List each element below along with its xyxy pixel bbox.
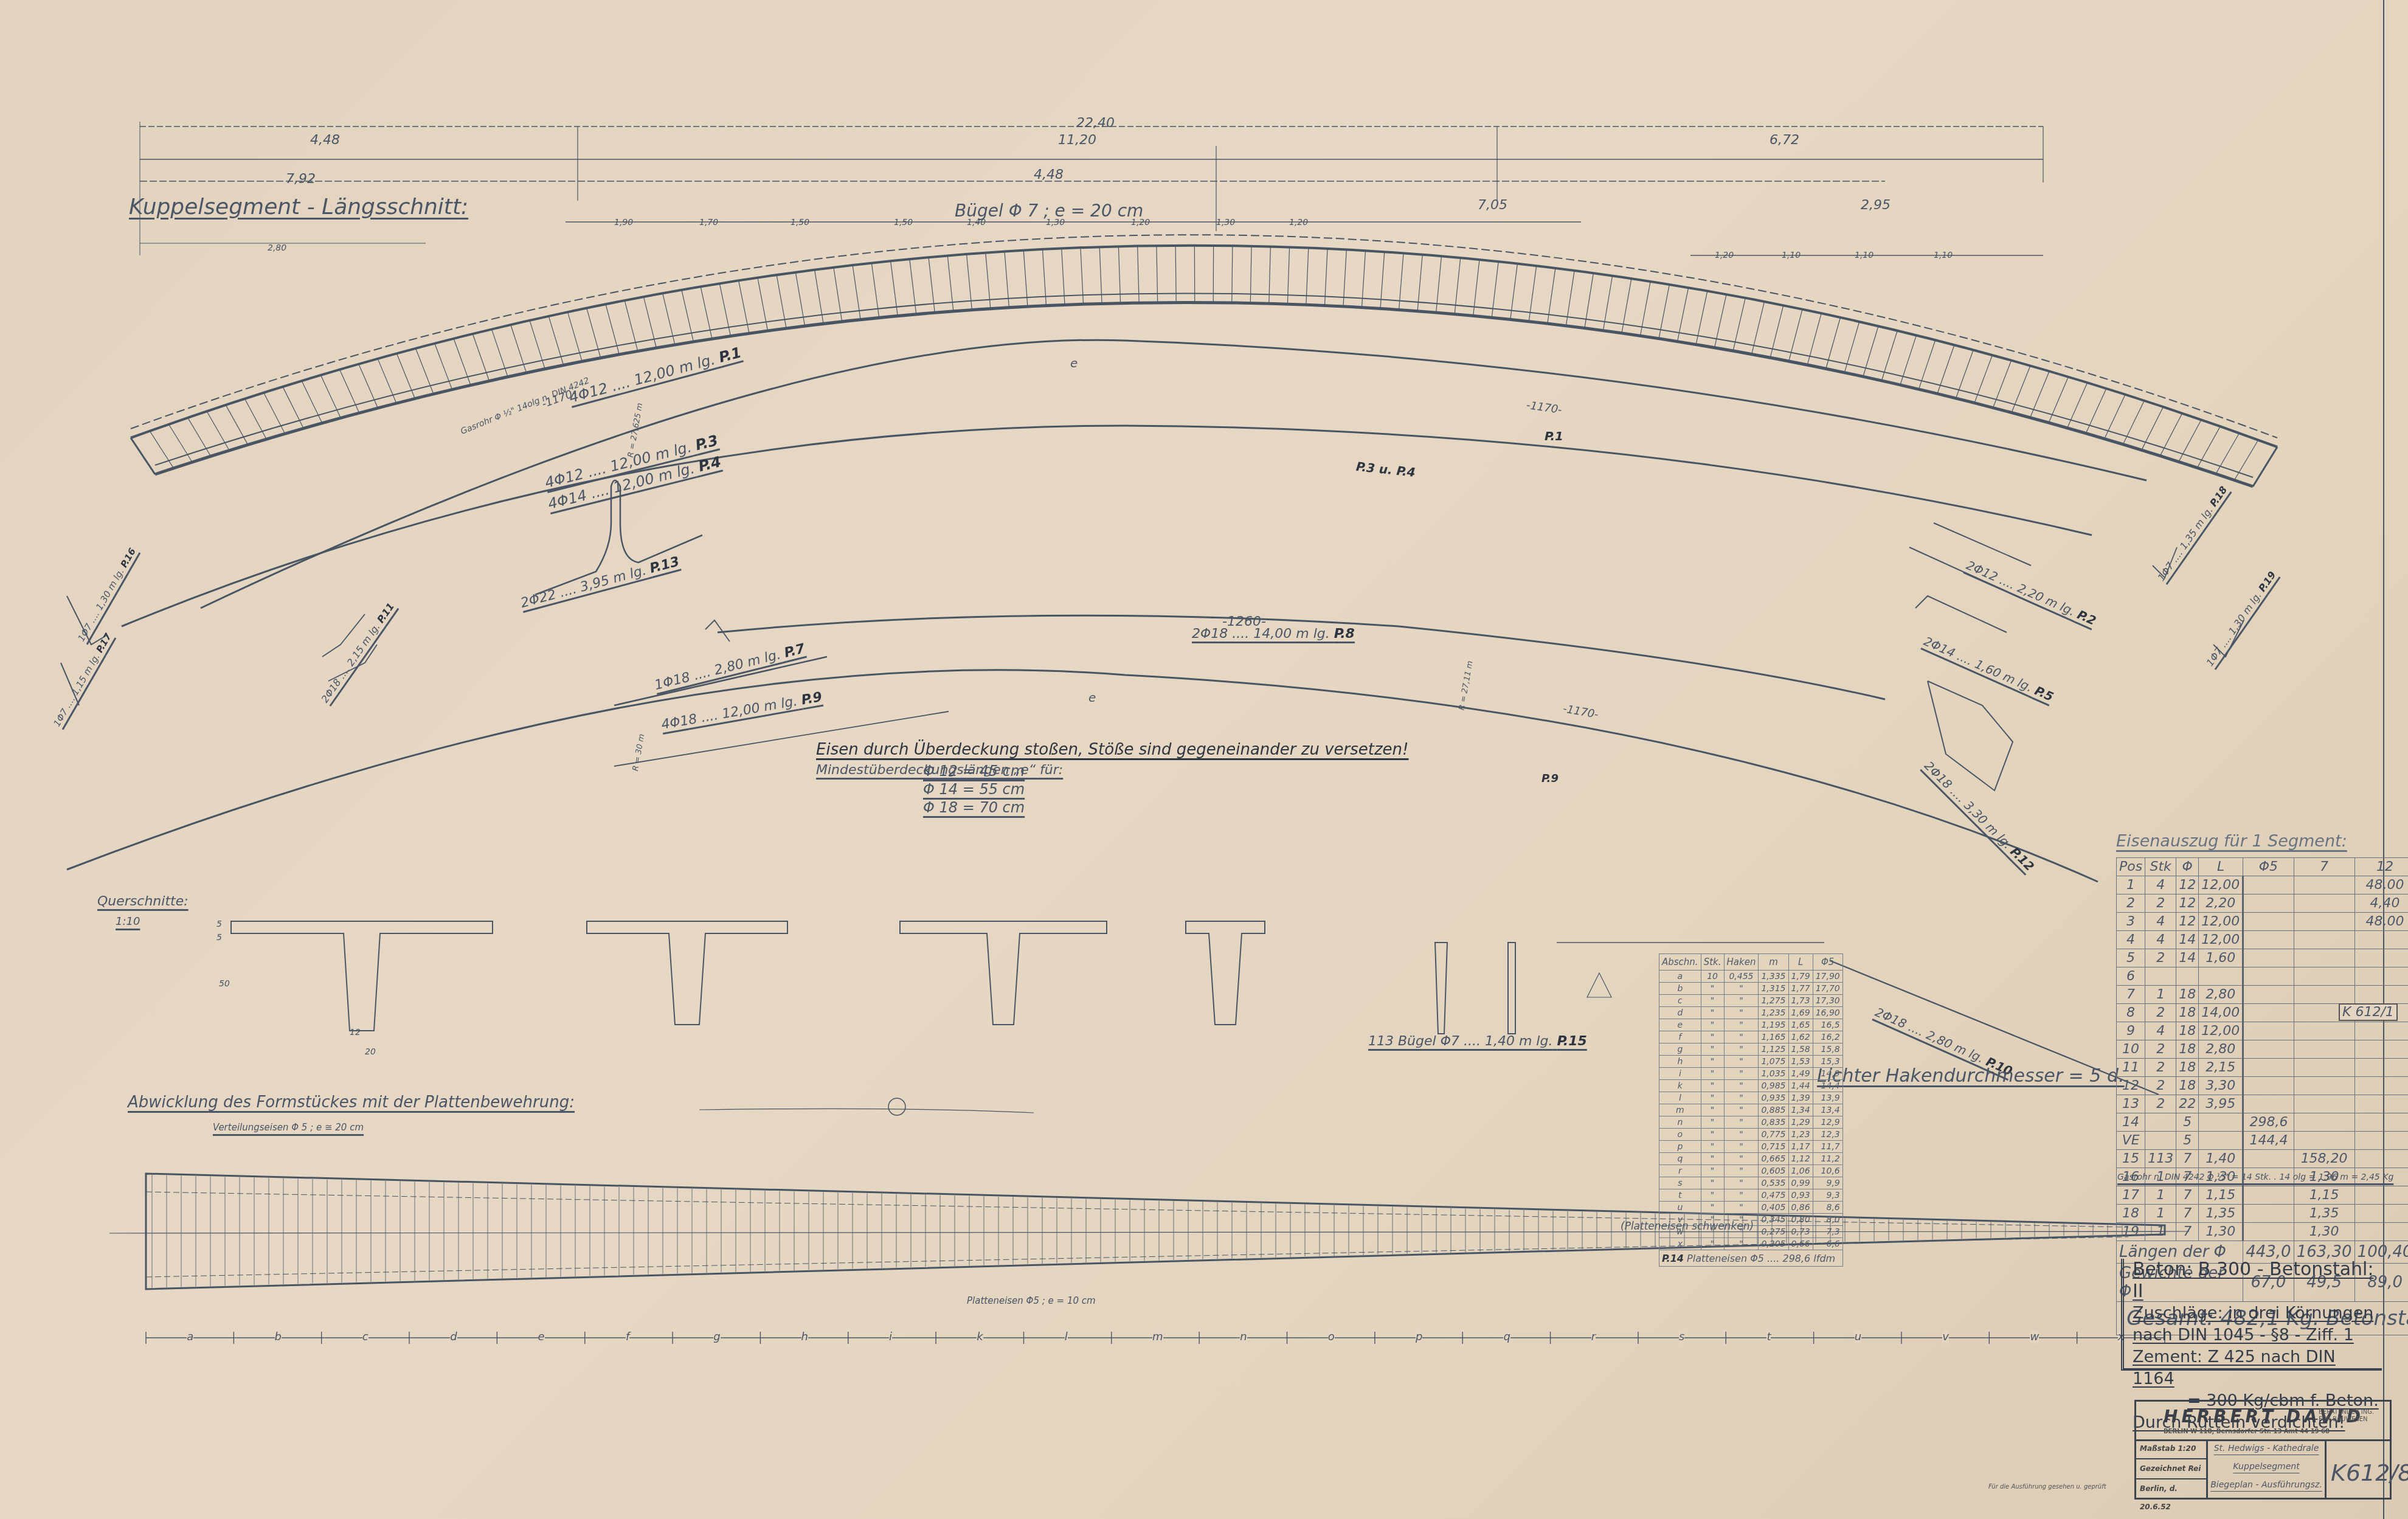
section-table-cell: 1,29: [1788, 1116, 1813, 1129]
section-table-row: x""0,2050,666,6: [1659, 1238, 1843, 1250]
rebar-schedule-cell: [2354, 1059, 2408, 1077]
crosssection-dim: 50: [219, 979, 230, 989]
development-section-letter: s: [1679, 1330, 1684, 1343]
splice-len-14: Φ 14 = 55 cm: [923, 781, 1025, 798]
date-field: Berlin, d. 20.6.52: [2136, 1479, 2206, 1498]
section-table-cell: 1,69: [1788, 1007, 1813, 1019]
rebar-schedule-cell: 2,80: [2199, 1040, 2243, 1059]
dim-top-3: 6,72: [1770, 133, 1799, 148]
pos-p1: P.1: [1545, 429, 1563, 443]
pos-p9: P.9: [1541, 772, 1559, 785]
rebar-schedule-cell: [2354, 986, 2408, 1004]
section-table-row: e""1,1951,6516,5: [1659, 1019, 1843, 1031]
rebar-schedule-cell: [2199, 1113, 2243, 1132]
section-table-cell: 10,6: [1813, 1165, 1842, 1177]
stirrup-spacing-dim: 1,10: [1855, 251, 1873, 260]
dim-second-3: 7,05: [1478, 198, 1507, 213]
crosssection-title: Querschnitte:: [97, 894, 189, 909]
section-table-row: h""1,0751,5315,3: [1659, 1056, 1843, 1068]
rebar-schedule-cell: [2294, 1113, 2354, 1132]
section-table-row: o""0,7751,2312,3: [1659, 1129, 1843, 1141]
section-table-cell: 1,035: [1759, 1068, 1788, 1080]
section-table-cell: 1,77: [1788, 983, 1813, 995]
dim-top-2: 11,20: [1058, 133, 1096, 148]
dim-top-1: 4,48: [310, 133, 340, 148]
rebar-schedule-cell: 18: [2176, 1022, 2199, 1040]
development-title: Abwicklung des Formstückes mit der Platt…: [128, 1093, 575, 1112]
crosssection-dim: 20: [365, 1047, 376, 1057]
rebar-schedule-row: 18171,351,35: [2117, 1205, 2408, 1223]
rebar-schedule-cell: 14,00: [2199, 1004, 2243, 1022]
drawing-linework: [0, 0, 2408, 1519]
section-table-cell: a: [1659, 971, 1701, 983]
plate-rebar-label: Platteneisen Φ5 ; e = 10 cm: [967, 1295, 1096, 1306]
section-table-cell: ": [1701, 1165, 1724, 1177]
rebar-schedule-cell: 2: [2145, 1059, 2176, 1077]
rebar-schedule-cell: 48,00: [2354, 913, 2408, 931]
section-table-cell: ": [1724, 1153, 1759, 1165]
development-section-letter: a: [187, 1330, 193, 1343]
title-block-meta: Maßstab 1:20 Gezeichnet Rei Berlin, d. 2…: [2136, 1439, 2208, 1498]
rebar-schedule-row: 122183,306,60: [2117, 1077, 2408, 1095]
rebar-schedule-cell: 5: [2117, 949, 2145, 967]
rebar-schedule-cell: 113: [2145, 1150, 2176, 1168]
section-table-cell: ": [1724, 1177, 1759, 1189]
section-table-cell: 1,17: [1788, 1141, 1813, 1153]
section-table-cell: 1,65: [1788, 1019, 1813, 1031]
section-table-cell: ": [1724, 1202, 1759, 1214]
section-table-cell: 9,3: [1813, 1189, 1842, 1202]
development-section-letter: m: [1152, 1330, 1163, 1343]
section-table-cell: ": [1724, 1165, 1759, 1177]
section-table-cell: ": [1724, 1116, 1759, 1129]
stirrup-spacing-dim: 1,30: [1046, 218, 1065, 227]
section-table-row: q""0,6651,1211,2: [1659, 1153, 1843, 1165]
section-title: Kuppelsegment - Längsschnitt:: [129, 195, 468, 220]
section-table-cell: 0,605: [1759, 1165, 1788, 1177]
section-table-cell: ": [1724, 1129, 1759, 1141]
rebar-schedule-cell: [2354, 1186, 2408, 1205]
section-table-cell: s: [1659, 1177, 1701, 1189]
section-table-cell: 12,3: [1813, 1129, 1842, 1141]
rebar-schedule-cell: 14: [2176, 949, 2199, 967]
section-table-row: s""0,5350,999,9: [1659, 1177, 1843, 1189]
section-table-cell: 1,53: [1788, 1056, 1813, 1068]
stirrup-spacing-dim: 1,20: [1289, 218, 1308, 227]
stirrup-spacing-dim: 1,90: [614, 218, 633, 227]
section-table-cell: 11,2: [1813, 1153, 1842, 1165]
drawn-by-field: Gezeichnet Rei: [2136, 1459, 2206, 1479]
section-table-cell: 0,715: [1759, 1141, 1788, 1153]
rebar-schedule-header: Φ5: [2243, 858, 2294, 876]
spec-line-3: nach DIN 1045 - §8 - Ziff. 1: [2133, 1324, 2382, 1346]
section-table-cell: x: [1659, 1238, 1701, 1250]
section-table-cell: h: [1659, 1056, 1701, 1068]
section-table-cell: ": [1701, 1153, 1724, 1165]
section-table-cell: ": [1701, 1141, 1724, 1153]
section-table-cell: 1,075: [1759, 1056, 1788, 1068]
section-table-cell: ": [1701, 1007, 1724, 1019]
rebar-schedule-cell: [2243, 913, 2294, 931]
rebar-schedule-cell: [2354, 1223, 2408, 1241]
rebar-schedule-cell: [2354, 1205, 2408, 1223]
dim-second-4: 2,95: [1861, 198, 1891, 213]
section-table-cell: ": [1724, 983, 1759, 995]
splice-note-1: Eisen durch Überdeckung stoßen, Stöße si…: [816, 741, 1409, 759]
rebar-schedule-header: L: [2199, 858, 2243, 876]
rebar-schedule-cell: [2294, 1077, 2354, 1095]
section-table-cell: p: [1659, 1141, 1701, 1153]
side-reference: K 612/1: [2339, 1003, 2398, 1021]
rebar-schedule-cell: 298,6: [2243, 1113, 2294, 1132]
rebar-schedule-cell: 7: [2176, 1150, 2199, 1168]
development-section-letter: n: [1240, 1330, 1247, 1343]
section-table-row: a100,4551,3351,7917,90: [1659, 971, 1843, 983]
section-table-cell: 1,12: [1788, 1153, 1813, 1165]
section-table-cell: 0,205: [1759, 1238, 1788, 1250]
rebar-schedule-cell: [2243, 1059, 2294, 1077]
title-block: HERBERT DAVID BERATENDER ING.FÜR BAUWESE…: [2134, 1400, 2392, 1500]
rebar-schedule-cell: 14: [2117, 1113, 2145, 1132]
rebar-schedule-cell: 2: [2145, 949, 2176, 967]
rebar-schedule-cell: [2243, 1040, 2294, 1059]
section-table-cell: 17,70: [1813, 983, 1842, 995]
development-section-letter: i: [889, 1330, 892, 1343]
section-table-row: n""0,8351,2912,9: [1659, 1116, 1843, 1129]
rebar-schedule-cell: [2199, 967, 2243, 986]
section-table-cell: 16,5: [1813, 1019, 1842, 1031]
section-table-cell: r: [1659, 1165, 1701, 1177]
section-table-header: Abschn.: [1659, 954, 1701, 971]
section-table-header: Haken: [1724, 954, 1759, 971]
rebar-schedule-row: 17171,151,15: [2117, 1186, 2408, 1205]
rebar-schedule-cell: 17: [2117, 1186, 2145, 1205]
rebar-schedule-cell: [2294, 1022, 2354, 1040]
rebar-schedule-cell: 12: [2176, 913, 2199, 931]
rebar-schedule-cell: 12: [2117, 1077, 2145, 1095]
rebar-schedule-row: 145298,6: [2117, 1113, 2408, 1132]
rebar-schedule-header: Pos: [2117, 858, 2145, 876]
section-table-cell: k: [1659, 1080, 1701, 1092]
rebar-schedule-header: 12: [2354, 858, 2408, 876]
rebar-schedule-cell: [2145, 1113, 2176, 1132]
rebar-schedule-cell: 7: [2117, 986, 2145, 1004]
drawing-number: K612/8: [2331, 1459, 2408, 1486]
section-table-cell: ": [1724, 1104, 1759, 1116]
rebar-schedule-cell: [2354, 949, 2408, 967]
section-table-cell: ": [1701, 1043, 1724, 1056]
section-table-cell: ": [1701, 1104, 1724, 1116]
rebar-schedule-cell: 8: [2117, 1004, 2145, 1022]
rebar-schedule-cell: 1,30: [2199, 1223, 2243, 1241]
section-table-cell: m: [1659, 1104, 1701, 1116]
rebar-schedule-cell: 18: [2176, 1040, 2199, 1059]
rebar-schedule-cell: 12: [2176, 894, 2199, 913]
gasrohr-note: Gasrohr n. DIN 4242 Φ ½" = 14 Stk. . 14 …: [2117, 1172, 2393, 1182]
rebar-schedule-cell: [2294, 949, 2354, 967]
section-table-cell: 1,49: [1788, 1068, 1813, 1080]
section-table-cell: ": [1701, 983, 1724, 995]
section-table-cell: 15,8: [1813, 1043, 1842, 1056]
stirrup-spacing-dim: 1,70: [699, 218, 718, 227]
dim-second-1: 7,92: [286, 171, 316, 187]
section-table-cell: 0,275: [1759, 1226, 1788, 1238]
section-table-cell: ": [1724, 1019, 1759, 1031]
section-table-cell: 0,405: [1759, 1202, 1788, 1214]
section-table-cell: ": [1701, 1189, 1724, 1202]
splice-len-18: Φ 18 = 70 cm: [923, 799, 1025, 816]
development-section-letter: p: [1416, 1330, 1422, 1343]
rebar-schedule-cell: [2354, 1150, 2408, 1168]
rebar-schedule-cell: [2243, 1077, 2294, 1095]
rebar-schedule-cell: 12,00: [2199, 1022, 2243, 1040]
rebar-schedule-cell: 1,30: [2294, 1223, 2354, 1241]
rebar-schedule-cell: 18: [2176, 1059, 2199, 1077]
rebar-schedule-cell: 18: [2176, 1077, 2199, 1095]
section-table-cell: 1,58: [1788, 1043, 1813, 1056]
section-table-cell: 0,66: [1788, 1238, 1813, 1250]
crosssection-dim: 12: [350, 1028, 361, 1037]
section-table: Abschn.Stk.HakenmLΦ5 a100,4551,3351,7917…: [1659, 953, 1843, 1267]
rebar-schedule-cell: 7: [2176, 1223, 2199, 1241]
rebar-schedule-cell: [2354, 931, 2408, 949]
rebar-schedule-cell: 13: [2117, 1095, 2145, 1113]
section-table-row: p""0,7151,1711,7: [1659, 1141, 1843, 1153]
rebar-schedule-cell: 10: [2117, 1040, 2145, 1059]
section-table-cell: 10: [1701, 971, 1724, 983]
rebar-schedule-title: Eisenauszug für 1 Segment:: [2116, 832, 2347, 851]
section-table-cell: 17,30: [1813, 995, 1842, 1007]
section-table-cell: ": [1701, 1238, 1724, 1250]
section-table-cell: 1,34: [1788, 1104, 1813, 1116]
section-table-cell: 13,4: [1813, 1104, 1842, 1116]
rebar-schedule-row: 441412,0048,00: [2117, 931, 2408, 949]
rebar-schedule-header: Stk: [2145, 858, 2176, 876]
rebar-schedule-cell: 1,35: [2294, 1205, 2354, 1223]
section-table-cell: 0,985: [1759, 1080, 1788, 1092]
section-table-cell: 9,9: [1813, 1177, 1842, 1189]
section-table-cell: n: [1659, 1116, 1701, 1129]
splice-e-2: e: [1088, 690, 1096, 705]
rebar-schedule-cell: [2243, 1205, 2294, 1223]
rebar-schedule-cell: [2354, 1113, 2408, 1132]
section-table-cell: d: [1659, 1007, 1701, 1019]
rebar-schedule-row: 19171,301,30: [2117, 1223, 2408, 1241]
stirrup-spacing-dim: 1,10: [1782, 251, 1801, 260]
rebar-schedule-cell: 1,60: [2199, 949, 2243, 967]
section-table-cell: 1,235: [1759, 1007, 1788, 1019]
development-section-letter: l: [1065, 1330, 1068, 1343]
rebar-schedule-cell: [2354, 1077, 2408, 1095]
section-table-cell: t: [1659, 1189, 1701, 1202]
section-table-row: d""1,2351,6916,90: [1659, 1007, 1843, 1019]
rebar-schedule-cell: 1: [2117, 876, 2145, 894]
rebar-schedule-cell: [2294, 931, 2354, 949]
section-table-row: k""0,9851,4414,4: [1659, 1080, 1843, 1092]
rebar-schedule-cell: 1,15: [2199, 1186, 2243, 1205]
section-table-cell: b: [1659, 983, 1701, 995]
rebar-schedule-cell: [2145, 1132, 2176, 1150]
section-table-cell: 11,7: [1813, 1141, 1842, 1153]
rebar-schedule-cell: 14: [2176, 931, 2199, 949]
section-table-cell: 0,345: [1759, 1214, 1788, 1226]
rebar-schedule-row: VE5144,4: [2117, 1132, 2408, 1150]
section-table-row: t""0,4750,939,3: [1659, 1189, 1843, 1202]
section-table-cell: 0,73: [1788, 1226, 1813, 1238]
rebar-schedule-cell: 5: [2176, 1113, 2199, 1132]
rebar-schedule-cell: [2243, 1150, 2294, 1168]
rebar-schedule-row: 102182,805,60: [2117, 1040, 2408, 1059]
rebar-schedule-cell: [2294, 1040, 2354, 1059]
development-section-letter: u: [1855, 1330, 1861, 1343]
rebar-schedule-cell: [2243, 1095, 2294, 1113]
development-section-letter: k: [977, 1330, 983, 1343]
section-table-cell: 0,455: [1724, 971, 1759, 983]
section-table-cell: e: [1659, 1019, 1701, 1031]
rebar-schedule-cell: 2: [2145, 894, 2176, 913]
rebar-schedule-cell: 18: [2176, 1004, 2199, 1022]
section-table-cell: ": [1701, 1129, 1724, 1141]
swivel-note: (Platteneisen schwenken): [1621, 1220, 1754, 1233]
specification-notes: Beton: B 300 - Betonstahl: II Zuschläge:…: [2121, 1259, 2382, 1371]
rebar-schedule-cell: [2294, 967, 2354, 986]
section-table-row: l""0,9351,3913,9: [1659, 1092, 1843, 1104]
firm-address: BERLIN W 118, Bernsdorfer Str. 13 Amt 44…: [2164, 1428, 2330, 1435]
rebar-schedule-cell: 158,20: [2294, 1150, 2354, 1168]
section-table-cell: 1,73: [1788, 995, 1813, 1007]
section-table-cell: ": [1701, 1092, 1724, 1104]
rebar-schedule-cell: 7: [2176, 1205, 2199, 1223]
spec-line-1: Beton: B 300 - Betonstahl: II: [2133, 1259, 2382, 1303]
project-line-2: Kuppelsegment: [2208, 1458, 2325, 1476]
section-table-header: Stk.: [1701, 954, 1724, 971]
rebar-schedule-cell: 2: [2145, 1077, 2176, 1095]
rebar-schedule-cell: [2294, 913, 2354, 931]
stirrup-spacing-dim: 1,10: [1934, 251, 1953, 260]
rebar-schedule-cell: [2294, 894, 2354, 913]
project-line-1: St. Hedwigs - Kathedrale: [2208, 1439, 2325, 1458]
rebar-schedule-row: 71182,802,80: [2117, 986, 2408, 1004]
rebar-schedule-cell: 7: [2176, 1186, 2199, 1205]
scale-field: Maßstab 1:20: [2136, 1439, 2206, 1459]
section-table-cell: 14,4: [1813, 1080, 1842, 1092]
rebar-schedule-cell: [2354, 1022, 2408, 1040]
section-table-cell: 1,39: [1788, 1092, 1813, 1104]
section-table-cell: 0,86: [1788, 1202, 1813, 1214]
rebar-schedule-cell: 4: [2145, 913, 2176, 931]
rebar-schedule-row: 141212,0048,00: [2117, 876, 2408, 894]
rebar-schedule-cell: 1,40: [2199, 1150, 2243, 1168]
section-table-row: b""1,3151,7717,70: [1659, 983, 1843, 995]
section-table-cell: ": [1701, 1080, 1724, 1092]
rebar-schedule-row: 341212,0048,00: [2117, 913, 2408, 931]
section-table-row: i""1,0351,4914,9: [1659, 1068, 1843, 1080]
rebar-schedule-cell: 2,20: [2199, 894, 2243, 913]
rebar-schedule-cell: 2: [2145, 1004, 2176, 1022]
rebar-schedule-cell: [2243, 1004, 2294, 1022]
section-table-cell: 0,80: [1788, 1214, 1813, 1226]
rebar-schedule-cell: 22: [2176, 1095, 2199, 1113]
section-table-cell: 14,9: [1813, 1068, 1842, 1080]
rebar-schedule-cell: 12: [2176, 876, 2199, 894]
section-table-cell: 15,3: [1813, 1056, 1842, 1068]
section-table-header: Φ5: [1813, 954, 1842, 971]
section-table-cell: 7,3: [1813, 1226, 1842, 1238]
section-table-header: m: [1759, 954, 1788, 971]
section-table-cell: c: [1659, 995, 1701, 1007]
development-section-letter: c: [362, 1330, 368, 1343]
rebar-schedule-cell: 5: [2176, 1132, 2199, 1150]
rebar-schedule-cell: [2294, 1132, 2354, 1150]
rebar-schedule-cell: 12,00: [2199, 913, 2243, 931]
development-section-letter: b: [275, 1330, 282, 1343]
section-table-cell: 1,315: [1759, 983, 1788, 995]
rebar-schedule-cell: [2199, 1132, 2243, 1150]
spec-line-2: Zuschläge: in drei Körnungen: [2133, 1303, 2382, 1324]
section-table-header: L: [1788, 954, 1813, 971]
rebar-schedule-cell: 2: [2117, 894, 2145, 913]
rebar-schedule-cell: [2294, 876, 2354, 894]
crosssection-dim: 5: [216, 933, 222, 943]
dim-second-2: 4,48: [1034, 167, 1064, 182]
firm-subtitle: BERATENDER ING.FÜR BAUWESEN: [2319, 1409, 2374, 1424]
rebar-schedule-cell: [2354, 1040, 2408, 1059]
section-table-cell: ": [1724, 1031, 1759, 1043]
section-table-footer: P.14 Platteneisen Φ5 .... 298,6 lfdm: [1659, 1250, 1843, 1267]
development-section-letter: e: [538, 1330, 545, 1343]
rebar-schedule-cell: 1,15: [2294, 1186, 2354, 1205]
section-table-cell: ": [1724, 995, 1759, 1007]
section-table-cell: 0,665: [1759, 1153, 1788, 1165]
drawing-sheet: Kuppelsegment - Längsschnitt: Bügel Φ 7 …: [0, 0, 2408, 1519]
rebar-schedule-cell: [2243, 1022, 2294, 1040]
splice-len-12: Φ 12 = 45 cm: [923, 763, 1025, 780]
section-table-cell: 0,93: [1788, 1189, 1813, 1202]
section-table-cell: ": [1724, 1043, 1759, 1056]
stirrup-spacing-dim: 1,30: [1216, 218, 1235, 227]
rebar-schedule-cell: 1,35: [2199, 1205, 2243, 1223]
rebar-schedule-cell: 1: [2145, 986, 2176, 1004]
rebar-schedule-cell: [2243, 967, 2294, 986]
section-table-cell: f: [1659, 1031, 1701, 1043]
section-table-cell: ": [1701, 1068, 1724, 1080]
rebar-schedule-cell: [2354, 967, 2408, 986]
crosssection-dim: 5: [216, 919, 222, 929]
development-section-letter: t: [1766, 1330, 1771, 1343]
section-table-cell: 0,935: [1759, 1092, 1788, 1104]
development-section-letter: v: [1942, 1330, 1949, 1343]
section-table-cell: g: [1659, 1043, 1701, 1056]
rebar-schedule-cell: [2243, 986, 2294, 1004]
project-line-3: Biegeplan - Ausführungsz.: [2208, 1476, 2325, 1494]
section-table-cell: 12,9: [1813, 1116, 1842, 1129]
section-table-cell: ": [1701, 1019, 1724, 1031]
section-table-cell: ": [1724, 1238, 1759, 1250]
section-table-cell: 1,165: [1759, 1031, 1788, 1043]
rebar-schedule-cell: 2,15: [2199, 1059, 2243, 1077]
rebar-schedule-cell: 11: [2117, 1059, 2145, 1077]
development-section-letter: w: [2030, 1330, 2039, 1343]
rebar-schedule-cell: 19: [2117, 1223, 2145, 1241]
rebar-schedule-row: 6: [2117, 967, 2408, 986]
section-table-cell: 8,6: [1813, 1202, 1842, 1214]
development-section-letter: q: [1503, 1330, 1510, 1343]
rebar-schedule-cell: [2354, 1095, 2408, 1113]
section-table-cell: ": [1724, 1141, 1759, 1153]
section-table-cell: 1,335: [1759, 971, 1788, 983]
section-table-cell: 0,885: [1759, 1104, 1788, 1116]
section-table-cell: l: [1659, 1092, 1701, 1104]
